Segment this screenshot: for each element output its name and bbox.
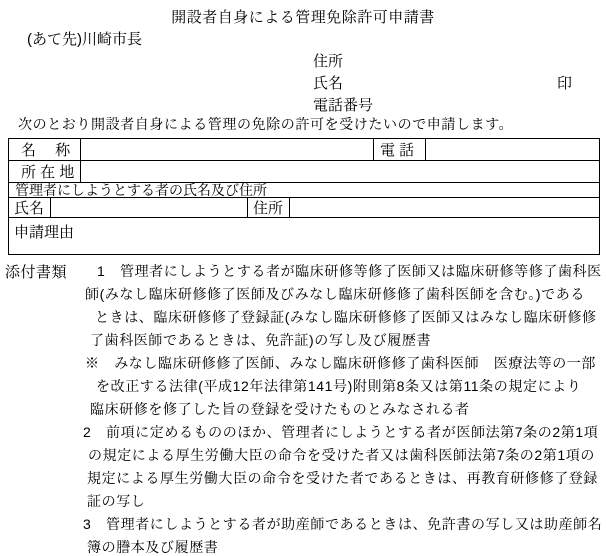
manager-address-label: 住所 [248, 198, 290, 217]
attachment-line: の規定による厚生労働大臣の命令を受けた者又は歯科医師法第7条の2第1項の [88, 445, 595, 465]
applicant-name-label: 氏名 [313, 72, 343, 93]
attachments-label: 添付書類 [5, 261, 67, 282]
attachment-line: 3 管理者にしようとする者が助産師であるときは、免許書の写し又は助産師名 [83, 514, 602, 534]
attachment-line: 簿の謄本及び履歴書 [87, 537, 218, 556]
attachment-line: 了歯科医師であるときは、免許証)の写し及び履歴書 [90, 330, 431, 350]
intro-sentence: 次のとおり開設者自身による管理の免除の許可を受けたいので申請します。 [18, 114, 513, 134]
applicant-address-label: 住所 [313, 50, 343, 71]
table-row-name: 名 称 電 話 [9, 139, 599, 161]
seal-mark-label: 印 [557, 72, 572, 93]
table-row-reason: 申請理由 [9, 218, 599, 254]
facility-name-value-cell [81, 139, 374, 160]
attachment-line: ※ みなし臨床研修修了医師、みなし臨床研修修了歯科医師 医療法等の一部 [85, 353, 596, 373]
manager-name-label: 氏名 [9, 198, 51, 217]
attachment-line: 規定による厚生労働大臣の命令を受けた者であるときは、再教育研修修了登録 [87, 468, 598, 488]
manager-name-value-cell [51, 198, 248, 217]
attachment-line: 証の写し [87, 491, 145, 511]
attachment-line: 臨床研修を修了した旨の登録を受けたものとみなされる者 [90, 399, 470, 419]
location-label: 所 在 地 [9, 161, 81, 182]
telephone-label: 電 話 [374, 139, 426, 160]
table-row-manager-heading: 管理者にしようとする者の氏名及び住所 [9, 183, 599, 198]
document-title: 開設者自身による管理免除許可申請書 [0, 6, 606, 27]
application-reason-label: 申請理由 [9, 218, 599, 254]
table-row-location: 所 在 地 [9, 161, 599, 183]
attachment-line: ときは、臨床研修修了登録証(みなし臨床研修修了医師又はみなし臨床研修修 [95, 307, 597, 327]
table-row-manager: 氏名 住所 [9, 198, 599, 218]
application-table: 名 称 電 話 所 在 地 管理者にしようとする者の氏名及び住所 氏名 住所 申… [8, 138, 600, 255]
manager-heading: 管理者にしようとする者の氏名及び住所 [9, 183, 599, 197]
attachment-line: 2 前項に定めるもののほか、管理者にしようとする者が医師法第7条の2第1項 [83, 422, 598, 442]
application-form-document: 開設者自身による管理免除許可申請書 (あて先)川崎市長 住所 氏名 印 電話番号… [0, 0, 606, 556]
attachment-line: 1 管理者にしようとする者が臨床研修等修了医師又は臨床研修等修了歯科医 [97, 261, 602, 281]
facility-name-label: 名 称 [9, 139, 81, 160]
applicant-phone-label: 電話番号 [313, 94, 373, 115]
addressee-line: (あて先)川崎市長 [27, 28, 142, 49]
attachment-line: 師(みなし臨床研修修了医師及びみなし臨床研修修了歯科医師を含む。)である [85, 284, 585, 304]
telephone-value-cell [426, 139, 599, 160]
location-value-cell [81, 161, 599, 182]
manager-address-value-cell [290, 198, 599, 217]
attachment-line: を改正する法律(平成12年法律第141号)附則第8条又は第11条の規定により [96, 376, 581, 396]
